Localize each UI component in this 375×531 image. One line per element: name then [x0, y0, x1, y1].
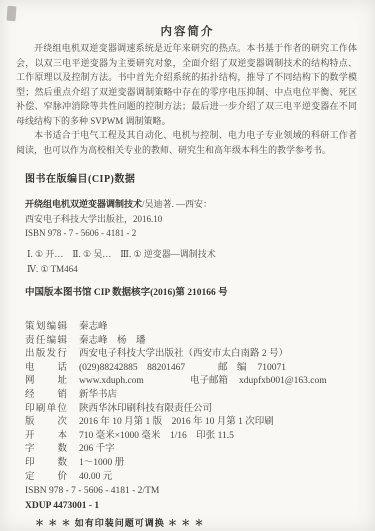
row-label: 字数	[25, 443, 67, 457]
colophon: 策划编辑秦志峰 责任编辑秦志峰 杨 璠 出版发行西安电子科技大学出版社（西安市太…	[25, 321, 360, 531]
row-value: 206 千字	[79, 444, 115, 454]
colophon-row-edition: 版次2016 年 10 月第 1 版 2016 年 10 月第 1 次印刷	[25, 416, 360, 430]
scan-artifact	[6, 6, 16, 22]
cip-publisher-line: 西安电子科技大学出版社，2016.10	[25, 212, 345, 227]
colophon-row-responsible-editor: 责任编辑秦志峰 杨 璠	[25, 335, 360, 349]
row-value: 西安电子科技大学出版社（西安市太白南路 2 号）	[79, 349, 288, 359]
colophon-row-website: 网址www.xduph.com 电子邮箱xdupfxb001@163.com	[25, 375, 360, 389]
row-value: 新华书店	[79, 390, 117, 400]
row-value: (029)88242885 88201467	[79, 363, 185, 373]
row-label: 版次	[25, 416, 67, 430]
colophon-row-distributor: 经销新华书店	[25, 389, 360, 403]
row-label: 印刷单位	[25, 403, 67, 417]
row-label: 印数	[25, 457, 67, 471]
intro-section: 开绕组电机双逆变器调速系统是近年来研究的热点。本书基于作者的研究工作体会，以双三…	[16, 41, 357, 157]
row-label-2: 邮 编	[218, 363, 247, 373]
colophon-row-publisher: 出版发行西安电子科技大学出版社（西安市太白南路 2 号）	[25, 348, 360, 362]
cip-title-line: 开绕组电机双逆变器调制技术/吴迪著. —西安：	[25, 197, 345, 212]
row-label: 经销	[25, 389, 67, 403]
row-label: 策划编辑	[25, 321, 67, 335]
footer-code: XDUP 4473001 - 1	[25, 500, 360, 514]
row-value: 710 毫米×1000 毫米 1/16 印张 11.5	[79, 431, 234, 441]
colophon-subpair-postcode: 邮 编710071	[218, 362, 286, 376]
row-label: 电话	[25, 362, 67, 376]
colophon-row-planning-editor: 策划编辑秦志峰	[25, 321, 360, 335]
row-value: 40.00 元	[79, 472, 112, 482]
row-label: 出版发行	[25, 348, 67, 362]
cip-author-place: /吴迪著. —西安：	[142, 199, 212, 209]
row-value-2: xdupfxb001@163.com	[239, 376, 327, 386]
cip-isbn-line: ISBN 978 - 7 - 5606 - 4181 - 2	[25, 226, 345, 241]
cip-block: 开绕组电机双逆变器调制技术/吴迪著. —西安： 西安电子科技大学出版社，2016…	[25, 197, 345, 241]
row-value: 2016 年 10 月第 1 版 2016 年 10 月第 1 次印刷	[79, 417, 274, 427]
footer-isbn: ISBN 978 - 7 - 5606 - 4181 - 2/TM	[25, 485, 360, 499]
footer-note: ＊ ＊ ＊ 如有印装问题可调换 ＊ ＊ ＊	[25, 517, 360, 531]
row-label: 开本	[25, 430, 67, 444]
cip-class-line-1: Ⅰ. ① 开… Ⅱ. ① 吴… Ⅲ. ① 逆变器—调制技术	[27, 247, 347, 262]
row-label: 网址	[25, 375, 67, 389]
row-value: 陕西华沐印刷科技有限责任公司	[79, 404, 212, 414]
row-value: 1～1000 册	[79, 458, 124, 468]
row-value: 秦志峰	[79, 322, 108, 332]
colophon-subpair-email: 电子邮箱xdupfxb001@163.com	[190, 375, 327, 389]
intro-title: 内容简介	[0, 23, 375, 39]
row-label: 定价	[25, 471, 67, 485]
book-copyright-page: 内容简介 开绕组电机双逆变器调速系统是近年来研究的热点。本书基于作者的研究工作体…	[0, 0, 375, 531]
row-label: 责任编辑	[25, 335, 67, 349]
row-value-2: 710071	[258, 363, 287, 373]
intro-paragraph-2: 本书适合于电气工程及其自动化、电机与控制、电力电子专业领域的科研工作者阅读，也可…	[16, 128, 357, 157]
colophon-row-word-count: 字数206 千字	[25, 443, 360, 457]
cip-heading: 图书在版编目(CIP)数据	[25, 170, 135, 185]
colophon-row-print-run: 印数1～1000 册	[25, 457, 360, 471]
colophon-row-printer: 印刷单位陕西华沐印刷科技有限责任公司	[25, 403, 360, 417]
cip-class-line-2: Ⅳ. ① TM464	[27, 262, 347, 277]
row-value: www.xduph.com	[79, 376, 144, 386]
colophon-row-phone: 电话(029)88242885 88201467 邮 编710071	[25, 362, 360, 376]
row-label-2: 电子邮箱	[190, 376, 228, 386]
row-value: 秦志峰 杨 璠	[79, 336, 146, 346]
colophon-row-price: 定价40.00 元	[25, 471, 360, 485]
intro-paragraph-1: 开绕组电机双逆变器调速系统是近年来研究的热点。本书基于作者的研究工作体会，以双三…	[16, 41, 357, 128]
colophon-row-format: 开本710 毫米×1000 毫米 1/16 印张 11.5	[25, 430, 360, 444]
cip-book-title: 开绕组电机双逆变器调制技术	[25, 199, 142, 209]
cip-classification: Ⅰ. ① 开… Ⅱ. ① 吴… Ⅲ. ① 逆变器—调制技术 Ⅳ. ① TM464	[27, 247, 347, 277]
cip-record-line: 中国版本图书馆 CIP 数据核字(2016)第 210166 号	[25, 284, 228, 298]
